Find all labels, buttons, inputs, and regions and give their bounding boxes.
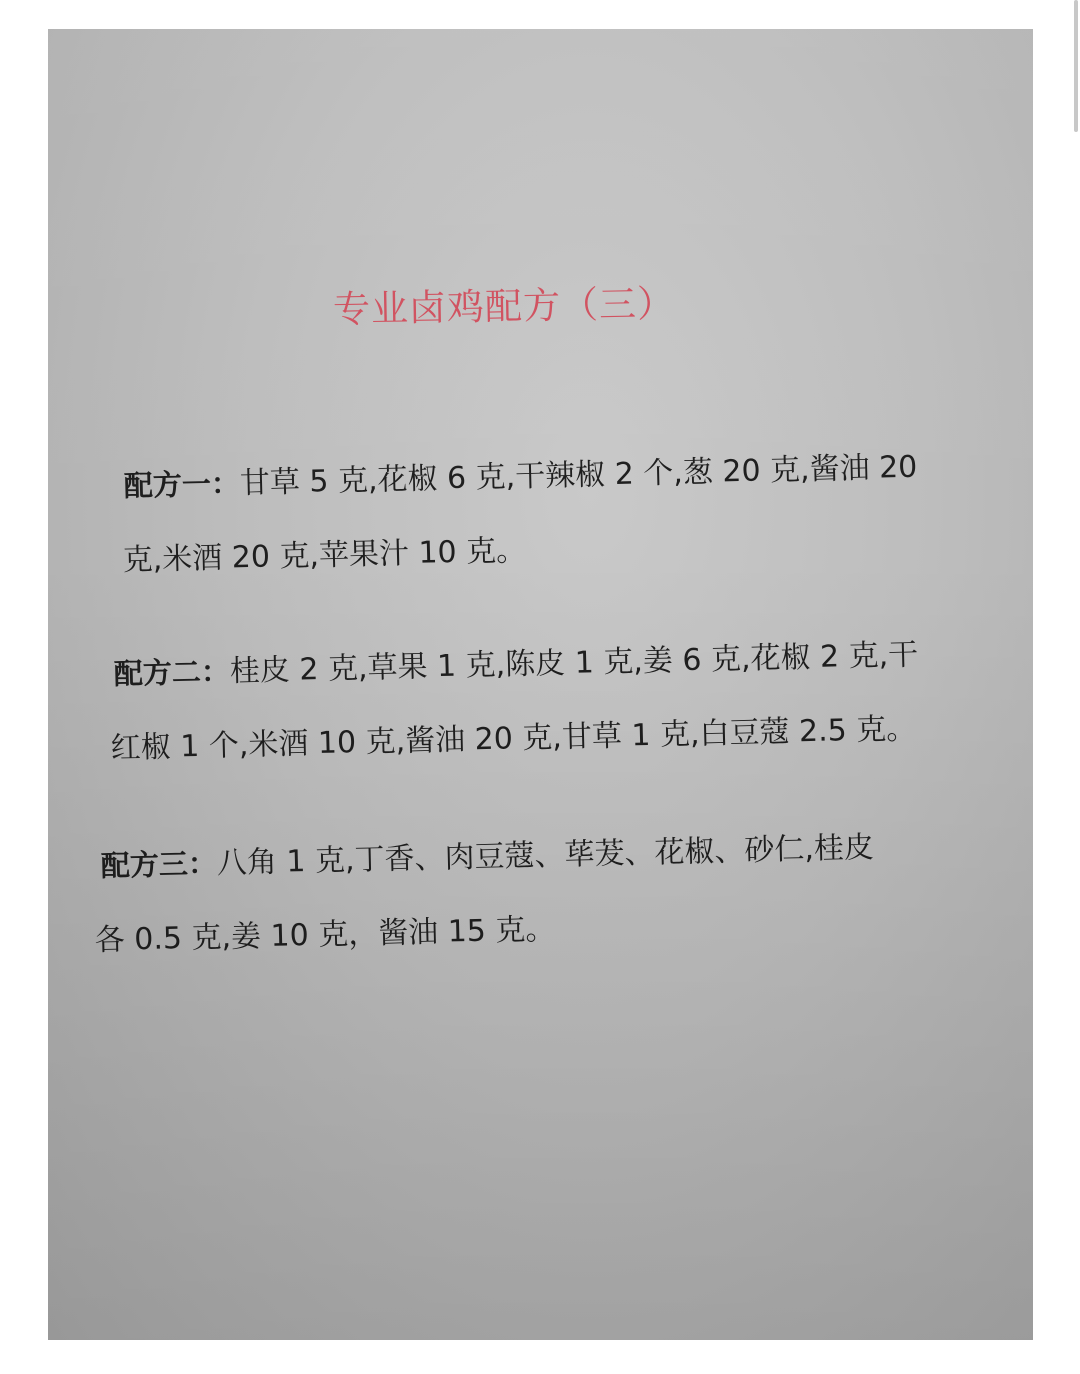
recipe-2-label: 配方二： xyxy=(113,654,230,691)
scrollbar[interactable] xyxy=(1074,0,1078,132)
recipe-2-ingredients-1: 桂皮 2 克,草果 1 克,陈皮 1 克,姜 6 克,花椒 2 克,干 xyxy=(229,637,918,689)
recipe-3-ingredients-1: 八角 1 克,丁香、肉豆蔻、荜茇、花椒、砂仁,桂皮 xyxy=(216,830,874,881)
recipe-3-label: 配方三： xyxy=(100,846,217,883)
recipe-1-ingredients-1: 甘草 5 克,花椒 6 克,干辣椒 2 个,葱 20 克,酱油 20 xyxy=(239,450,917,502)
recipe-2: 配方二：桂皮 2 克,草果 1 克,陈皮 1 克,姜 6 克,花椒 2 克,干 … xyxy=(113,617,921,786)
document-photo: 专业卤鸡配方（三） 配方一：甘草 5 克,花椒 6 克,干辣椒 2 个,葱 20… xyxy=(48,29,1033,1340)
recipe-3: 配方三：八角 1 克,丁香、肉豆蔻、荜茇、花椒、砂仁,桂皮 各 0.5 克,姜 … xyxy=(100,810,877,978)
document-title: 专业卤鸡配方（三） xyxy=(333,273,676,333)
recipe-1: 配方一：甘草 5 克,花椒 6 克,干辣椒 2 个,葱 20 克,酱油 20 克… xyxy=(123,430,920,598)
recipe-1-label: 配方一： xyxy=(123,466,240,503)
